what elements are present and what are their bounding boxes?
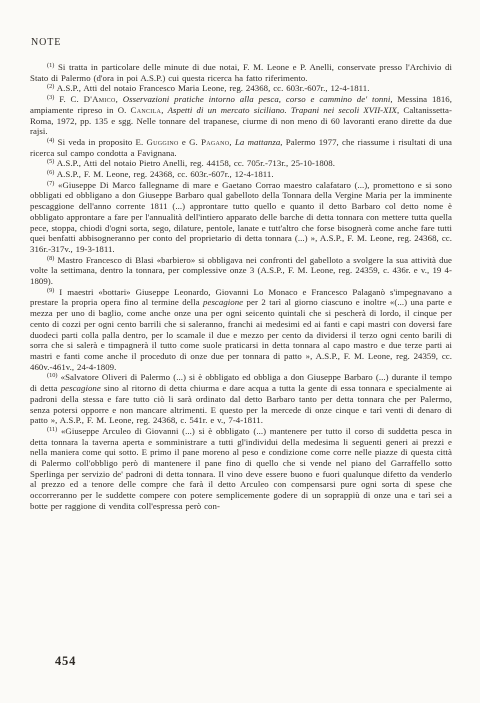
footnote-text: «Giuseppe Di Marco fallegname di mare e … — [30, 180, 452, 254]
footnote-marker: (10) — [47, 372, 58, 379]
footnote-text: Guggino — [147, 137, 179, 147]
footnote-text: Pagano — [201, 137, 229, 147]
footnote-marker: (7) — [47, 180, 54, 187]
footnote-text: Osservazioni pratiche intorno alla pesca… — [123, 94, 391, 104]
footnote-9: (9) I maestri «bottari» Giuseppe Leonard… — [30, 287, 452, 373]
footnote-text: Cancila — [131, 105, 162, 115]
footnote-text: Mastro Francesco di Blasi «barbiero» si … — [30, 255, 452, 286]
footnote-text: «Giuseppe Arculeo di Giovanni (...) si è… — [30, 426, 452, 511]
footnote-text: F. C. — [59, 94, 83, 104]
footnote-5: (5) A.S.P., Atti del notaio Pietro Anell… — [30, 158, 452, 169]
footnote-text: , — [116, 94, 123, 104]
page-number: 454 — [55, 654, 76, 669]
footnote-3: (3) F. C. D'Amico, Osservazioni pratiche… — [30, 94, 452, 137]
footnote-text: pescagione — [203, 297, 243, 307]
footnote-text: pescagione — [61, 383, 101, 393]
footnote-text: per 2 tarì al giorno ciascuno e inoltre … — [30, 297, 452, 371]
footnote-marker: (3) — [47, 94, 54, 101]
footnote-text: Aspetti di un mercato siciliano. Trapani… — [168, 105, 397, 115]
footnote-4: (4) Si veda in proposito E. Guggino e G.… — [30, 137, 452, 158]
footnote-marker: (8) — [47, 255, 54, 262]
footnote-marker: (4) — [47, 137, 54, 144]
footnote-text: e G. — [179, 137, 201, 147]
footnote-11: (11) «Giuseppe Arculeo di Giovanni (...)… — [30, 426, 452, 512]
footnote-marker: (5) — [47, 158, 54, 165]
footnote-marker: (2) — [47, 83, 54, 90]
footnote-8: (8) Mastro Francesco di Blasi «barbiero»… — [30, 255, 452, 287]
footnotes-block: (1) Si tratta in particolare delle minut… — [30, 62, 452, 512]
footnote-text: A.S.P., F. M. Leone, reg. 24368, cc. 603… — [57, 169, 274, 179]
footnote-marker: (11) — [47, 426, 57, 433]
footnote-1: (1) Si tratta in particolare delle minut… — [30, 62, 452, 83]
footnote-text: Si veda in proposito E. — [58, 137, 147, 147]
footnote-text: La mattanza — [235, 137, 280, 147]
footnote-7: (7) «Giuseppe Di Marco fallegname di mar… — [30, 180, 452, 255]
footnote-marker: (1) — [47, 62, 54, 69]
footnote-text: A.S.P., Atti del notaio Francesco Maria … — [57, 83, 370, 93]
footnote-2: (2) A.S.P., Atti del notaio Francesco Ma… — [30, 83, 452, 94]
footnote-marker: (9) — [47, 287, 54, 294]
footnote-10: (10) «Salvatore Oliveri di Palermo (...)… — [30, 372, 452, 426]
footnote-6: (6) A.S.P., F. M. Leone, reg. 24368, cc.… — [30, 169, 452, 180]
footnote-text: Si tratta in particolare delle minute di… — [30, 62, 452, 83]
footnote-text: A.S.P., Atti del notaio Pietro Anelli, r… — [57, 158, 335, 168]
book-page: NOTE (1) Si tratta in particolare delle … — [0, 0, 480, 703]
running-head: NOTE — [31, 37, 61, 48]
footnote-marker: (6) — [47, 169, 54, 176]
footnote-text: D'Amico — [84, 94, 116, 104]
